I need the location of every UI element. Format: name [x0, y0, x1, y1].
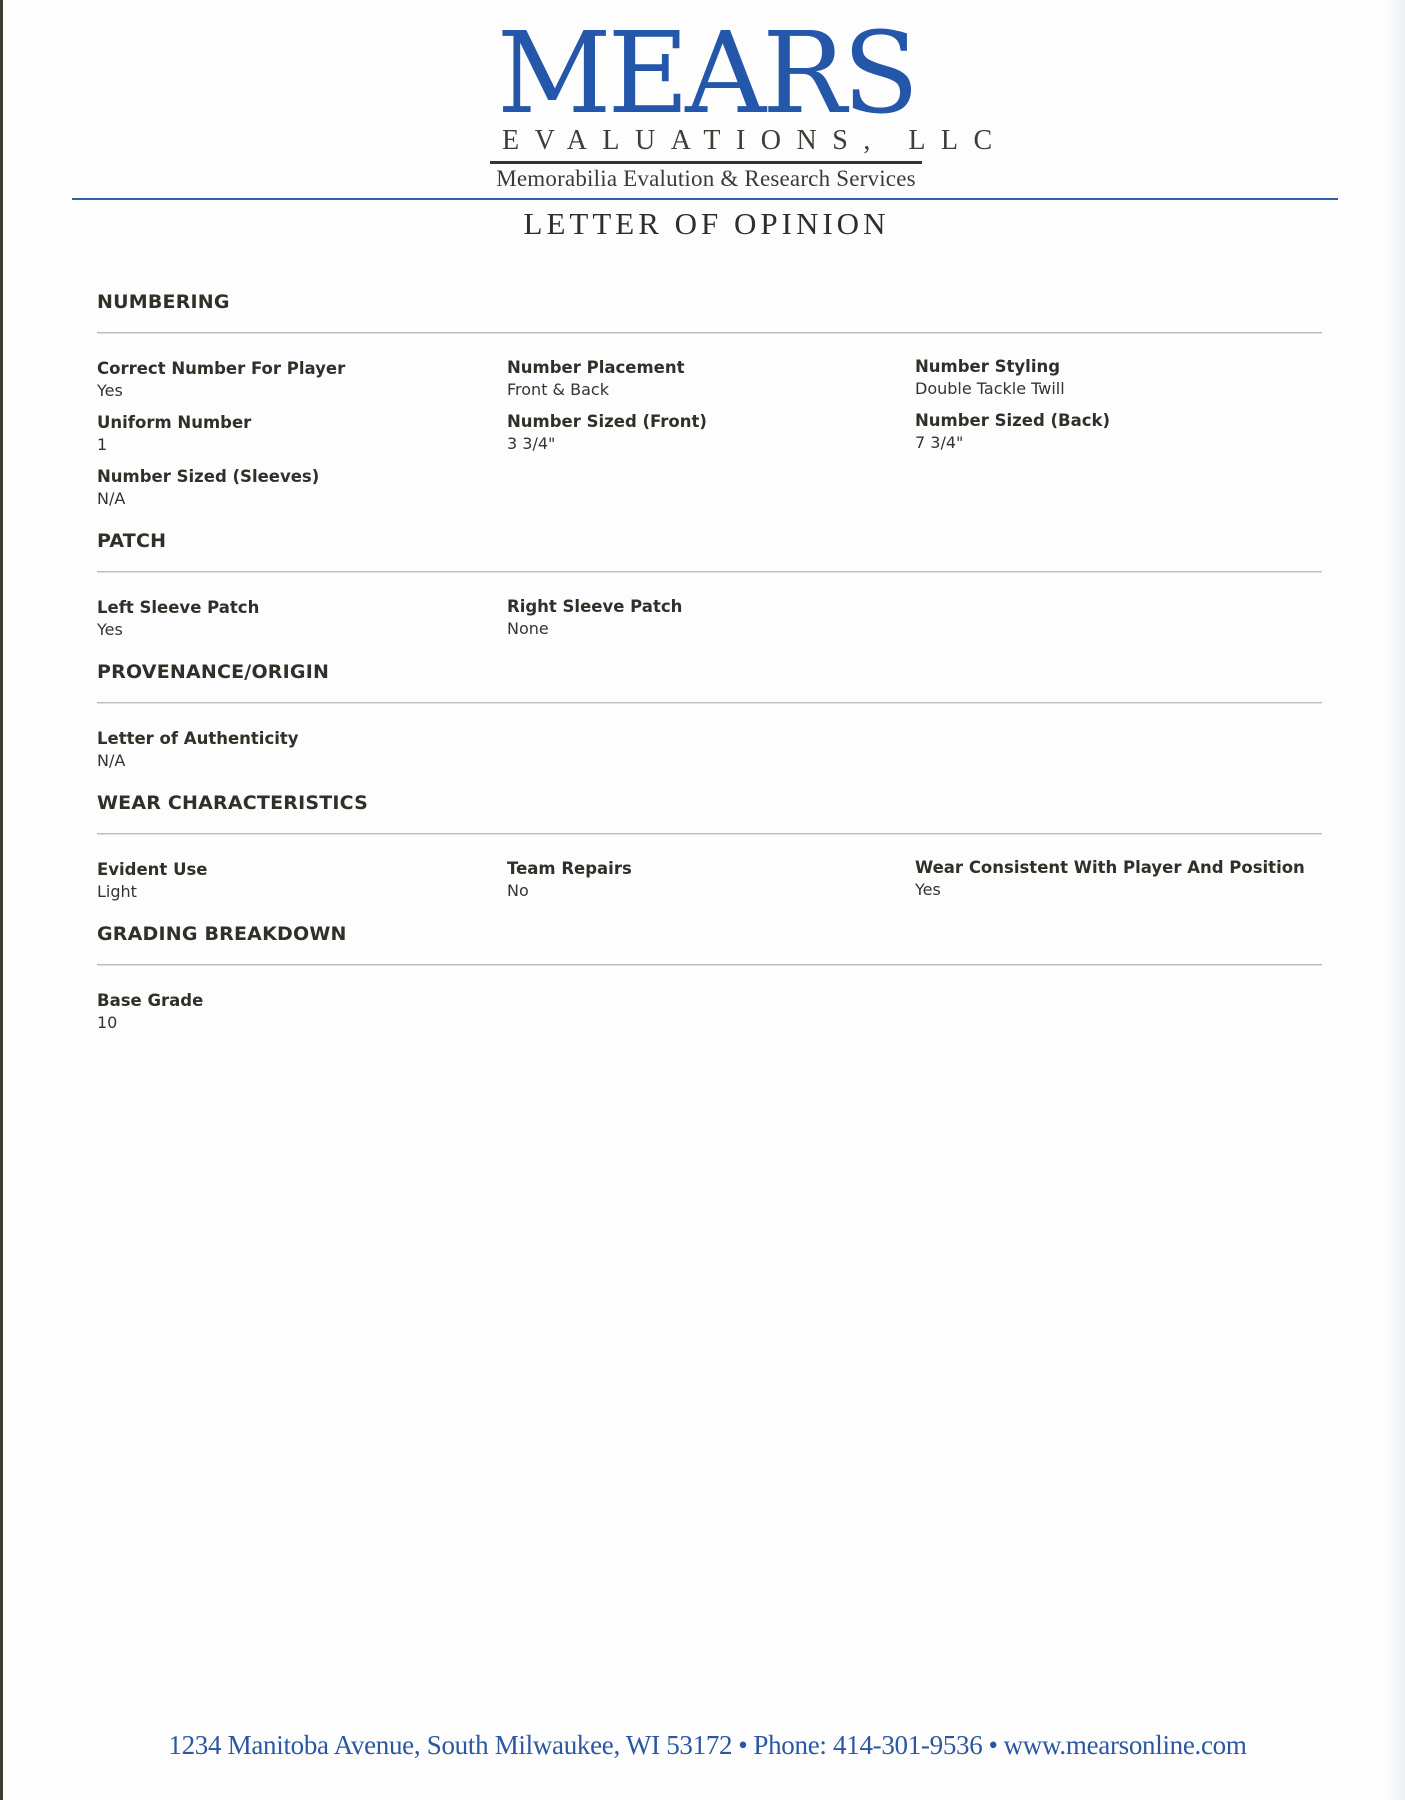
section-heading: GRADING BREAKDOWN [97, 922, 1322, 946]
field-value: N/A [97, 488, 319, 510]
field-label: Wear Consistent With Player And Position [915, 857, 1305, 879]
section-provenance: PROVENANCE/ORIGIN Letter of Authenticity… [97, 660, 1322, 728]
section-heading: WEAR CHARACTERISTICS [97, 791, 1322, 815]
section-grading: GRADING BREAKDOWN Base Grade 10 [97, 922, 1322, 990]
field-label: Right Sleeve Patch [507, 596, 682, 618]
footer-separator: • [988, 1730, 997, 1760]
field-label: Number Placement [507, 357, 685, 379]
footer-contact: 1234 Manitoba Avenue, South Milwaukee, W… [0, 1728, 1405, 1762]
field-wear-consistent: Wear Consistent With Player And Position… [915, 857, 1305, 901]
field-label: Team Repairs [507, 858, 632, 880]
field-number-placement: Number Placement Front & Back [507, 357, 685, 401]
field-value: Yes [915, 879, 1305, 901]
field-label: Number Sized (Front) [507, 411, 707, 433]
section-heading: PATCH [97, 529, 1322, 553]
field-number-styling: Number Styling Double Tackle Twill [915, 356, 1065, 400]
field-value: 10 [97, 1012, 203, 1034]
field-base-grade: Base Grade 10 [97, 990, 203, 1034]
section-divider [97, 332, 1322, 334]
field-team-repairs: Team Repairs No [507, 858, 632, 902]
field-value: No [507, 880, 632, 902]
footer-separator: • [738, 1730, 747, 1760]
field-label: Number Styling [915, 356, 1065, 378]
header-divider [72, 198, 1338, 200]
field-value: N/A [97, 750, 299, 772]
field-left-sleeve-patch: Left Sleeve Patch Yes [97, 597, 259, 641]
field-value: 3 3/4" [507, 433, 707, 455]
field-value: Yes [97, 380, 345, 402]
logo-wordmark: MEARS [488, 22, 924, 126]
field-label: Base Grade [97, 990, 203, 1012]
field-right-sleeve-patch: Right Sleeve Patch None [507, 596, 682, 640]
field-value: None [507, 618, 682, 640]
field-number-sized-front: Number Sized (Front) 3 3/4" [507, 411, 707, 455]
field-value: Yes [97, 619, 259, 641]
field-number-sized-back: Number Sized (Back) 7 3/4" [915, 410, 1110, 454]
field-label: Number Sized (Sleeves) [97, 466, 319, 488]
section-divider [97, 702, 1322, 704]
field-label: Letter of Authenticity [97, 728, 299, 750]
field-label: Uniform Number [97, 412, 251, 434]
field-value: 7 3/4" [915, 432, 1110, 454]
section-numbering: NUMBERING Correct Number For Player Yes … [97, 290, 1322, 538]
field-label: Evident Use [97, 859, 207, 881]
field-value: Light [97, 881, 207, 903]
field-label: Correct Number For Player [97, 358, 345, 380]
field-value: Double Tackle Twill [915, 378, 1065, 400]
field-correct-number: Correct Number For Player Yes [97, 358, 345, 402]
section-divider [97, 571, 1322, 573]
section-patch: PATCH Left Sleeve Patch Yes Right Sleeve… [97, 529, 1322, 597]
field-label: Number Sized (Back) [915, 410, 1110, 432]
field-value: Front & Back [507, 379, 685, 401]
logo-tagline: Memorabilia Evalution & Research Service… [488, 165, 924, 193]
logo-rule [490, 161, 922, 164]
section-divider [97, 964, 1322, 966]
section-divider [97, 833, 1322, 835]
field-letter-of-authenticity: Letter of Authenticity N/A [97, 728, 299, 772]
scan-shade [1387, 0, 1405, 1800]
section-heading: NUMBERING [97, 290, 1322, 314]
footer-phone: Phone: 414-301-9536 [753, 1730, 982, 1760]
field-label: Left Sleeve Patch [97, 597, 259, 619]
company-logo: MEARS EVALUATIONS, LLC Memorabilia Evalu… [488, 22, 924, 193]
scan-edge [0, 0, 3, 1800]
document-title: LETTER OF OPINION [0, 206, 1405, 242]
footer-website: www.mearsonline.com [1004, 1730, 1247, 1760]
field-evident-use: Evident Use Light [97, 859, 207, 903]
section-wear: WEAR CHARACTERISTICS Evident Use Light T… [97, 791, 1322, 859]
footer-address: 1234 Manitoba Avenue, South Milwaukee, W… [168, 1730, 732, 1760]
field-value: 1 [97, 434, 251, 456]
section-heading: PROVENANCE/ORIGIN [97, 660, 1322, 684]
field-uniform-number: Uniform Number 1 [97, 412, 251, 456]
field-number-sized-sleeves: Number Sized (Sleeves) N/A [97, 466, 319, 510]
